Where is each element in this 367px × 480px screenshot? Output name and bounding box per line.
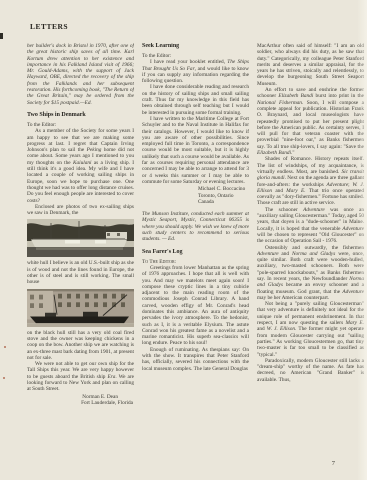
scan-edge-mark <box>0 33 3 39</box>
black-hull-ship-photo <box>27 289 134 327</box>
letter-signature: Norman E. Dean Fort Lauderdale, Florida <box>27 394 134 407</box>
letter-paragraph: Shades of Romance. History repeats itsel… <box>257 156 364 206</box>
letter-paragraph: As a member of the Society for some year… <box>27 128 134 204</box>
letter-paragraph: Ostensibly and outwardly, the fishermen … <box>257 245 364 302</box>
letter-paragraph: Not being a "purely sailing Gloucesterma… <box>257 301 364 358</box>
signature-name: Michael C. Boccacino <box>198 186 249 192</box>
column-right: MacArthur often said of himself: "I am a… <box>257 43 364 469</box>
letter-heading-seek-learning: Seek Learning <box>142 43 249 50</box>
magazine-page: LETTERS her builder's dock in Bristol in… <box>0 0 367 480</box>
letter-paragraph: I have done considerable reading and res… <box>142 84 249 115</box>
letter-paragraph: I have written to the Maritime College a… <box>142 116 249 185</box>
editor-note-great-britain: her builder's dock in Bristol in 1970, a… <box>27 43 134 106</box>
white-hull-ship-photo <box>27 219 134 257</box>
letters-columns: her builder's dock in Bristol in 1970, a… <box>27 43 364 469</box>
letter-signature: Michael C. Boccacino Toronto, Ontario Ca… <box>142 186 249 205</box>
letter-paragraph: We were not able to get our own ship for… <box>27 361 134 392</box>
letter-paragraph: An effort to save and enshrine the forme… <box>257 87 364 156</box>
scan-speck <box>3 377 5 379</box>
page-title: LETTERS <box>30 22 68 31</box>
letter-paragraph: Enough of ruminating. As thespians say: … <box>142 347 249 372</box>
letter-heading-two-ships: Two Ships in Denmark <box>27 112 134 119</box>
column-middle: Seek Learning To the Editor: I have read… <box>142 43 249 469</box>
letter-paragraph: The schooner Adventure was once an "auxi… <box>257 207 364 245</box>
letter-paragraph: Greetings from lower Manhattan as the sp… <box>142 265 249 347</box>
column-left: her builder's dock in Bristol in 1970, a… <box>27 43 134 469</box>
letter-paragraph: white hull I believe is an old U.S.-buil… <box>27 260 134 285</box>
letter-paragraph: MacArthur often said of himself: "I am a… <box>257 43 364 87</box>
letter-heading-sea-farers-log: Sea Farer's Log <box>142 249 249 256</box>
editor-note-munson-institute: The Munson Institute, conducted each sum… <box>142 211 249 242</box>
scan-speck <box>4 346 6 348</box>
letter-paragraph: on the black hull still has a very old c… <box>27 330 134 361</box>
letter-paragraph: Enclosed are photos of two ex-sailing sh… <box>27 204 134 217</box>
page-number: 7 <box>332 460 335 467</box>
signature-place: Fort Lauderdale, Florida <box>27 400 134 406</box>
letter-paragraph: Paradoxically, modern Gloucester still l… <box>257 358 364 383</box>
letter-paragraph: I have read your booklet entitled, The S… <box>142 59 249 84</box>
signature-country: Canada <box>198 199 249 205</box>
